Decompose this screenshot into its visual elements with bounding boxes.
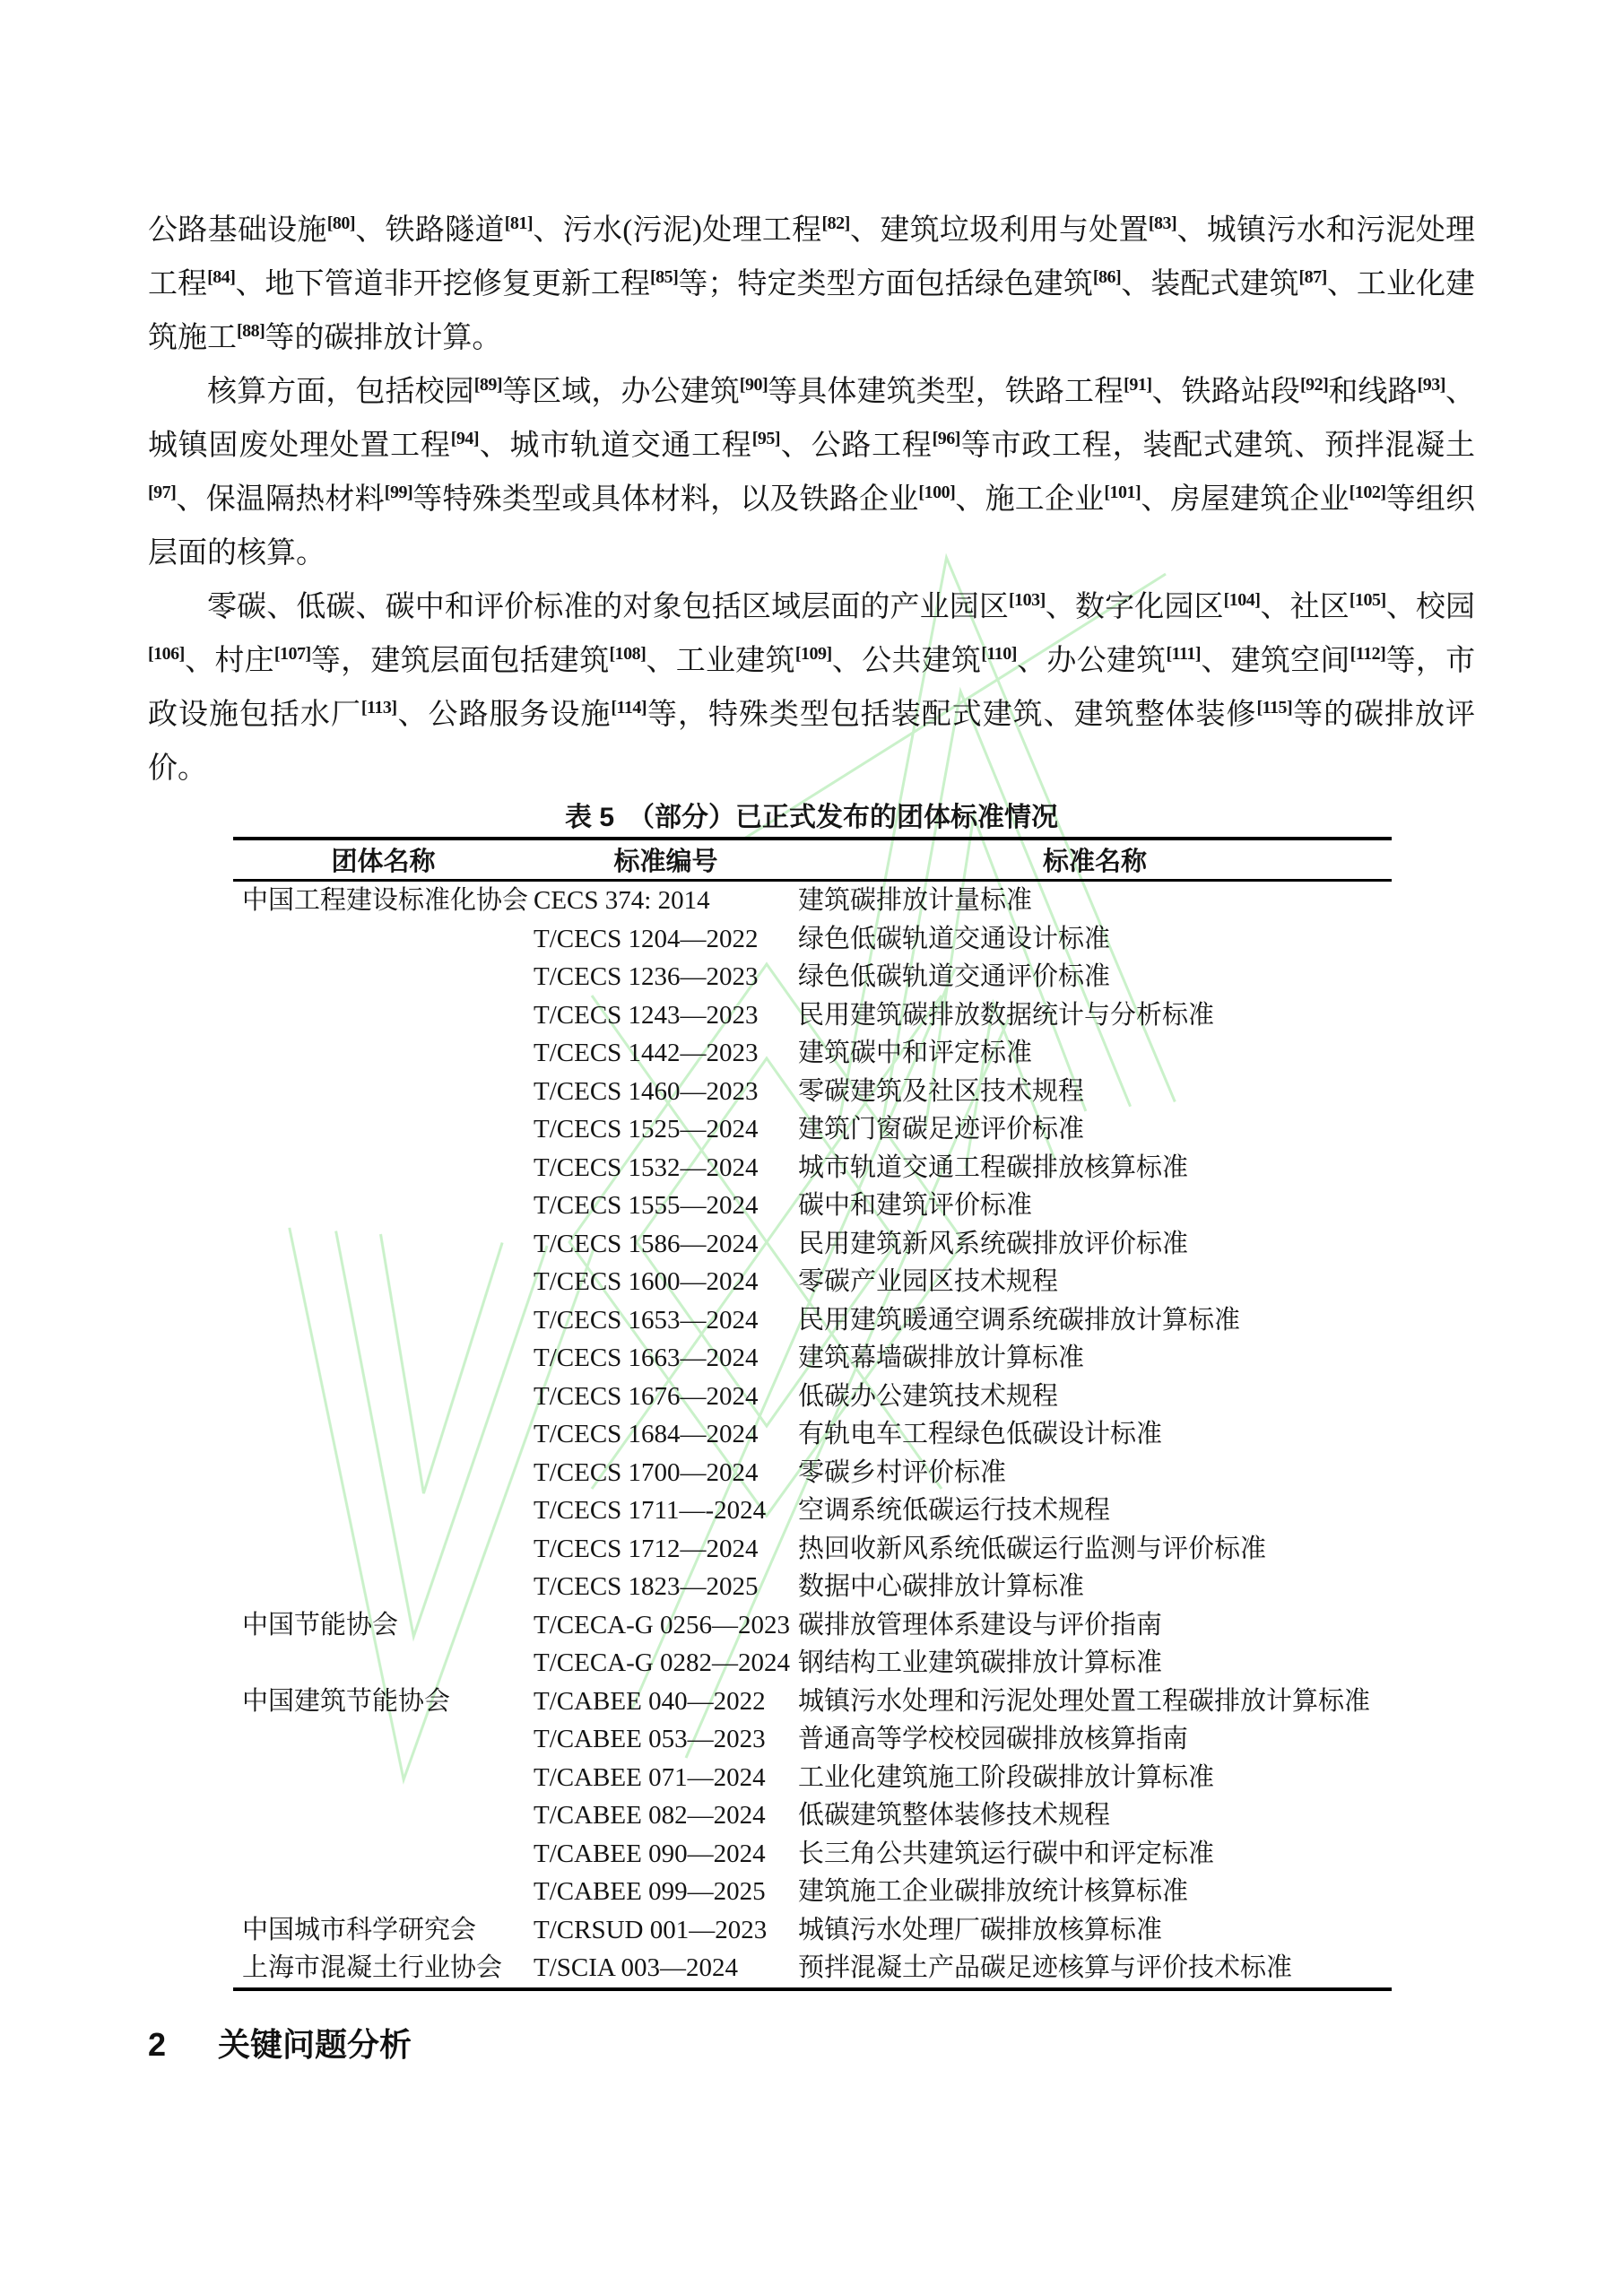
standard-code-cell: T/CECS 1684—2024 [534,1415,798,1454]
standard-code-cell: T/CECS 1663—2024 [534,1339,798,1378]
standard-name-cell: 预拌混凝土产品碳足迹核算与评价技术标准 [798,1949,1392,1989]
standard-name-cell: 零碳乡村评价标准 [798,1454,1392,1492]
standard-name-cell: 民用建筑新风系统碳排放评价标准 [798,1225,1392,1264]
citation-ref: [88] [237,321,265,341]
page-content: 公路基础设施[80]、铁路隧道[81]、污水(污泥)处理工程[82]、建筑垃圾利… [0,0,1623,2296]
section-title: 关键问题分析 [218,2025,412,2065]
standard-code-cell: T/CECA-G 0256—2023 [534,1606,798,1645]
table-header: 团体名称标准编号标准名称 [233,839,1392,881]
standard-name-cell: 工业化建筑施工阶段碳排放计算标准 [798,1759,1392,1797]
citation-ref: [114] [611,698,647,717]
standard-name-cell: 建筑幕墙碳排放计算标准 [798,1339,1392,1378]
citation-ref: [95] [752,429,780,448]
table-body: 中国工程建设标准化协会CECS 374: 2014建筑碳排放计量标准T/CECS… [233,881,1392,1989]
citation-ref: [82] [821,213,849,233]
citation-ref: [105] [1350,590,1386,610]
section-number: 2 [148,2025,166,2065]
citation-ref: [112] [1350,644,1386,664]
standard-name-cell: 低碳建筑整体装修技术规程 [798,1796,1392,1835]
standard-code-cell: T/CECS 1236—2023 [534,958,798,996]
citation-ref: [85] [650,267,678,287]
standard-name-cell: 空调系统低碳运行技术规程 [798,1492,1392,1530]
paragraph: 核算方面，包括校园[89]等区域，办公建筑[90]等具体建筑类型，铁路工程[91… [148,365,1475,580]
standard-code-cell: T/CECS 1700—2024 [534,1454,798,1492]
citation-ref: [90] [740,375,768,395]
standard-code-cell: CECS 374: 2014 [534,881,798,920]
citation-ref: [109] [795,644,832,664]
standard-name-cell: 低碳办公建筑技术规程 [798,1378,1392,1416]
standard-code-cell: T/CECS 1555—2024 [534,1187,798,1225]
citation-ref: [93] [1418,375,1445,395]
citation-ref: [111] [1166,644,1201,664]
standard-code-cell: T/CECS 1586—2024 [534,1225,798,1264]
paragraph: 公路基础设施[80]、铁路隧道[81]、污水(污泥)处理工程[82]、建筑垃圾利… [148,204,1475,365]
standards-table: 团体名称标准编号标准名称 中国工程建设标准化协会CECS 374: 2014建筑… [233,837,1392,1991]
citation-ref: [107] [274,644,311,664]
standard-code-cell: T/CABEE 071—2024 [534,1759,798,1797]
standard-code-cell: T/CECS 1711—-2024 [534,1492,798,1530]
standard-code-cell: T/CECS 1653—2024 [534,1301,798,1340]
standard-name-cell: 建筑碳排放计量标准 [798,881,1392,920]
standard-name-cell: 建筑碳中和评定标准 [798,1034,1392,1073]
citation-ref: [100] [918,483,955,502]
standard-name-cell: 碳中和建筑评价标准 [798,1187,1392,1225]
table-caption: 表 5 （部分）已正式发布的团体标准情况 [148,801,1475,835]
paragraphs: 公路基础设施[80]、铁路隧道[81]、污水(污泥)处理工程[82]、建筑垃圾利… [148,204,1475,796]
citation-ref: [89] [474,375,502,395]
org-name-cell: 中国城市科学研究会 [233,1911,534,1950]
citation-ref: [84] [207,267,235,287]
standard-code-cell: T/CABEE 082—2024 [534,1796,798,1835]
standard-name-cell: 零碳产业园区技术规程 [798,1263,1392,1301]
standard-code-cell: T/CECS 1712—2024 [534,1530,798,1569]
citation-ref: [81] [505,213,533,233]
citation-ref: [91] [1124,375,1151,395]
section-heading: 2 关键问题分析 [148,2025,412,2065]
citation-ref: [101] [1104,483,1141,502]
citation-ref: [96] [933,429,960,448]
standard-name-cell: 热回收新风系统低碳运行监测与评价标准 [798,1530,1392,1569]
citation-ref: [104] [1224,590,1261,610]
org-name-cell: 上海市混凝土行业协会 [233,1949,534,1989]
table-row: 中国节能协会T/CECA-G 0256—2023碳排放管理体系建设与评价指南 [233,1606,1392,1645]
citation-ref: [113] [361,698,397,717]
standard-name-cell: 城市轨道交通工程碳排放核算标准 [798,1149,1392,1187]
standard-code-cell: T/CECS 1204—2022 [534,920,798,959]
standard-code-cell: T/CABEE 099—2025 [534,1873,798,1911]
standard-code-cell: T/SCIA 003—2024 [534,1949,798,1989]
citation-ref: [108] [609,644,646,664]
citation-ref: [97] [148,483,176,502]
citation-ref: [103] [1009,590,1046,610]
citation-ref: [92] [1300,375,1328,395]
citation-ref: [115] [1256,698,1292,717]
standard-name-cell: 绿色低碳轨道交通设计标准 [798,920,1392,959]
standard-name-cell: 有轨电车工程绿色低碳设计标准 [798,1415,1392,1454]
citation-ref: [87] [1299,267,1327,287]
standard-name-cell: 碳排放管理体系建设与评价指南 [798,1606,1392,1645]
table-row: 中国工程建设标准化协会CECS 374: 2014建筑碳排放计量标准 [233,881,1392,920]
table-row: 中国城市科学研究会T/CRSUD 001—2023城镇污水处理厂碳排放核算标准 [233,1911,1392,1950]
column-header: 标准名称 [798,839,1392,881]
standard-code-cell: T/CABEE 053—2023 [534,1720,798,1759]
standard-code-cell: T/CECS 1525—2024 [534,1110,798,1149]
standard-code-cell: T/CECS 1243—2023 [534,996,798,1035]
standard-name-cell: 长三角公共建筑运行碳中和评定标准 [798,1835,1392,1874]
citation-ref: [110] [981,644,1017,664]
standard-code-cell: T/CECS 1823—2025 [534,1568,798,1606]
standard-name-cell: 绿色低碳轨道交通评价标准 [798,958,1392,996]
citation-ref: [99] [385,483,412,502]
standard-code-cell: T/CECA-G 0282—2024 [534,1644,798,1683]
standard-name-cell: 建筑施工企业碳排放统计核算标准 [798,1873,1392,1911]
standard-code-cell: T/CECS 1442—2023 [534,1034,798,1073]
standard-name-cell: 数据中心碳排放计算标准 [798,1568,1392,1606]
standard-code-cell: T/CABEE 090—2024 [534,1835,798,1874]
citation-ref: [83] [1149,213,1176,233]
column-header: 标准编号 [534,839,798,881]
org-name-cell: 中国节能协会 [233,1606,534,1683]
table-row: 中国建筑节能协会T/CABEE 040—2022城镇污水处理和污泥处理处置工程碳… [233,1683,1392,1721]
standard-code-cell: T/CECS 1460—2023 [534,1073,798,1111]
citation-ref: [94] [451,429,479,448]
standard-name-cell: 城镇污水处理和污泥处理处置工程碳排放计算标准 [798,1683,1392,1721]
standard-name-cell: 建筑门窗碳足迹评价标准 [798,1110,1392,1149]
standard-name-cell: 民用建筑暖通空调系统碳排放计算标准 [798,1301,1392,1340]
standard-code-cell: T/CABEE 040—2022 [534,1683,798,1721]
document-page: 公路基础设施[80]、铁路隧道[81]、污水(污泥)处理工程[82]、建筑垃圾利… [0,0,1623,2296]
citation-ref: [106] [148,644,185,664]
citation-ref: [102] [1350,483,1386,502]
standard-code-cell: T/CECS 1676—2024 [534,1378,798,1416]
standard-name-cell: 钢结构工业建筑碳排放计算标准 [798,1644,1392,1683]
org-name-cell: 中国工程建设标准化协会 [233,881,534,1606]
citation-ref: [86] [1093,267,1121,287]
standard-code-cell: T/CECS 1532—2024 [534,1149,798,1187]
standard-code-cell: T/CRSUD 001—2023 [534,1911,798,1950]
column-header: 团体名称 [233,839,534,881]
standard-name-cell: 城镇污水处理厂碳排放核算标准 [798,1911,1392,1950]
paragraph: 零碳、低碳、碳中和评价标准的对象包括区域层面的产业园区[103]、数字化园区[1… [148,580,1475,796]
table-header-row: 团体名称标准编号标准名称 [233,839,1392,881]
citation-ref: [80] [327,213,355,233]
org-name-cell: 中国建筑节能协会 [233,1683,534,1911]
table-row: 上海市混凝土行业协会T/SCIA 003—2024预拌混凝土产品碳足迹核算与评价… [233,1949,1392,1989]
standard-name-cell: 普通高等学校校园碳排放核算指南 [798,1720,1392,1759]
standard-code-cell: T/CECS 1600—2024 [534,1263,798,1301]
standard-name-cell: 民用建筑碳排放数据统计与分析标准 [798,996,1392,1035]
standard-name-cell: 零碳建筑及社区技术规程 [798,1073,1392,1111]
